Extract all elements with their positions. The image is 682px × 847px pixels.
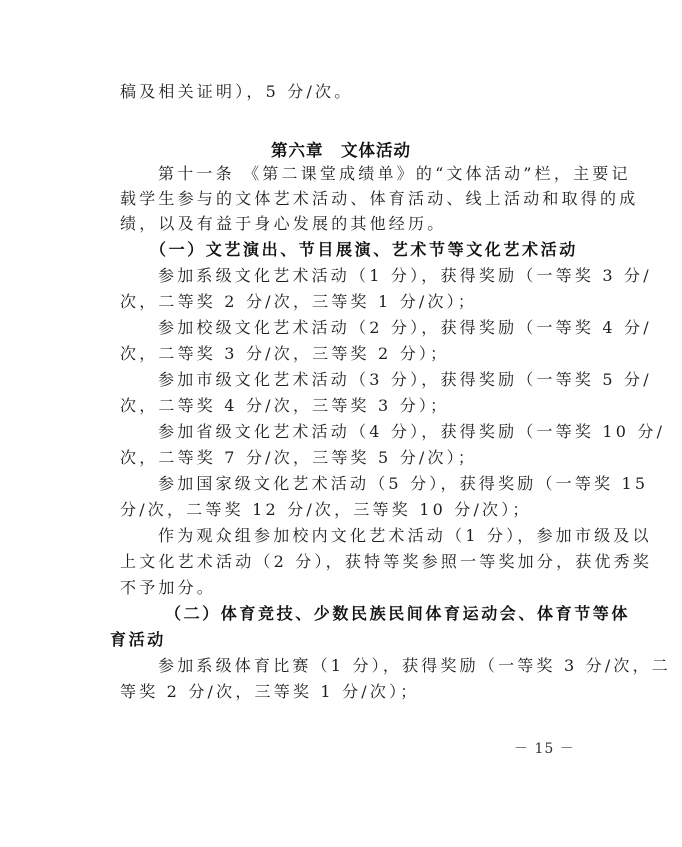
article-line: 载学生参与的文体艺术活动、体育活动、线上活动和取得的成 — [120, 189, 638, 209]
body-line: 次，二等奖 4 分/次，三等奖 3 分）； — [120, 396, 449, 416]
body-line: 参加市级文化艺术活动（3 分），获得奖励（一等奖 5 分/ — [158, 370, 652, 390]
article-line: 第十一条 《第二课堂成绩单》的“文体活动”栏，主要记 — [158, 164, 631, 184]
body-line: 作为观众组参加校内文化艺术活动（1 分），参加市级及以 — [158, 526, 652, 546]
document-page: 稿及相关证明），5 分/次。 第六章 文体活动 第十一条 《第二课堂成绩单》的“… — [0, 0, 682, 847]
body-line: 等奖 2 分/次，三等奖 1 分/次）； — [120, 682, 420, 702]
body-line: 分/次，二等奖 12 分/次，三等奖 10 分/次）； — [120, 500, 532, 520]
body-line: 上文化艺术活动（2 分），获特等奖参照一等奖加分，获优秀奖 — [120, 552, 652, 572]
section-heading: （一）文艺演出、节目展演、艺术节等文化艺术活动 — [150, 240, 578, 260]
paragraph-continuation: 稿及相关证明），5 分/次。 — [120, 82, 353, 102]
body-line: 次，二等奖 3 分/次，三等奖 2 分）； — [120, 344, 449, 364]
body-line: 次，二等奖 7 分/次，三等奖 5 分/次）； — [120, 448, 477, 468]
body-line: 次，二等奖 2 分/次，三等奖 1 分/次）； — [120, 292, 477, 312]
body-line: 参加系级文化艺术活动（1 分），获得奖励（一等奖 3 分/ — [158, 266, 652, 286]
body-line: 参加系级体育比赛（1 分），获得奖励（一等奖 3 分/次，二 — [158, 656, 671, 676]
article-line: 绩，以及有益于身心发展的其他经历。 — [120, 214, 446, 234]
section-heading-continuation: 育活动 — [110, 630, 166, 650]
body-line: 参加校级文化艺术活动（2 分），获得奖励（一等奖 4 分/ — [158, 318, 652, 338]
body-line: 参加省级文化艺术活动（4 分），获得奖励（一等奖 10 分/ — [158, 422, 665, 442]
body-line: 不予加分。 — [120, 578, 216, 598]
page-number: － 15 － — [514, 738, 575, 758]
body-line: 参加国家级文化艺术活动（5 分），获得奖励（一等奖 15 — [158, 474, 648, 494]
section-heading: （二）体育竞技、少数民族民间体育运动会、体育节等体 — [165, 604, 630, 624]
chapter-title: 第六章 文体活动 — [0, 137, 682, 161]
